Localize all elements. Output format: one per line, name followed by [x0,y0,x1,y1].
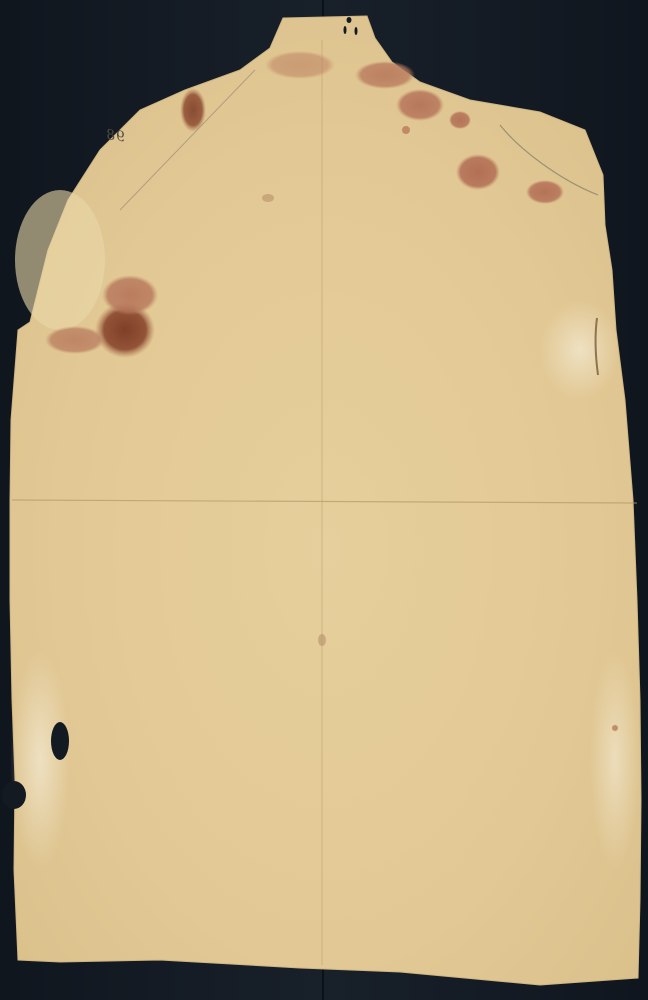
hole-top-2 [344,26,347,34]
vellum-sheet [0,0,648,1000]
stain-dot-4 [318,634,326,646]
pale-patch-right [540,300,620,400]
hole-top-3 [355,27,358,35]
stain-right-1 [456,154,500,190]
stain-neck-left [265,51,335,79]
worn-edge-left [10,650,70,870]
folio-number: 98 [104,127,126,146]
hole-top-1 [347,17,352,23]
stain-neck [355,61,415,89]
stain-neck-right [396,89,444,121]
worn-edge-right [590,650,640,870]
pale-patch-left [15,190,105,330]
stain-dot-3 [262,194,274,202]
stain-right-2 [526,180,564,204]
stain-dot-5 [612,725,618,731]
stain-left-spread [45,326,105,354]
hole-left-2 [2,781,26,809]
stain-dot-2 [402,126,410,134]
stain-dot-1 [449,111,471,129]
hole-left-1 [51,722,69,760]
stain-top-left [180,88,206,132]
stain-left-upper [102,275,158,315]
